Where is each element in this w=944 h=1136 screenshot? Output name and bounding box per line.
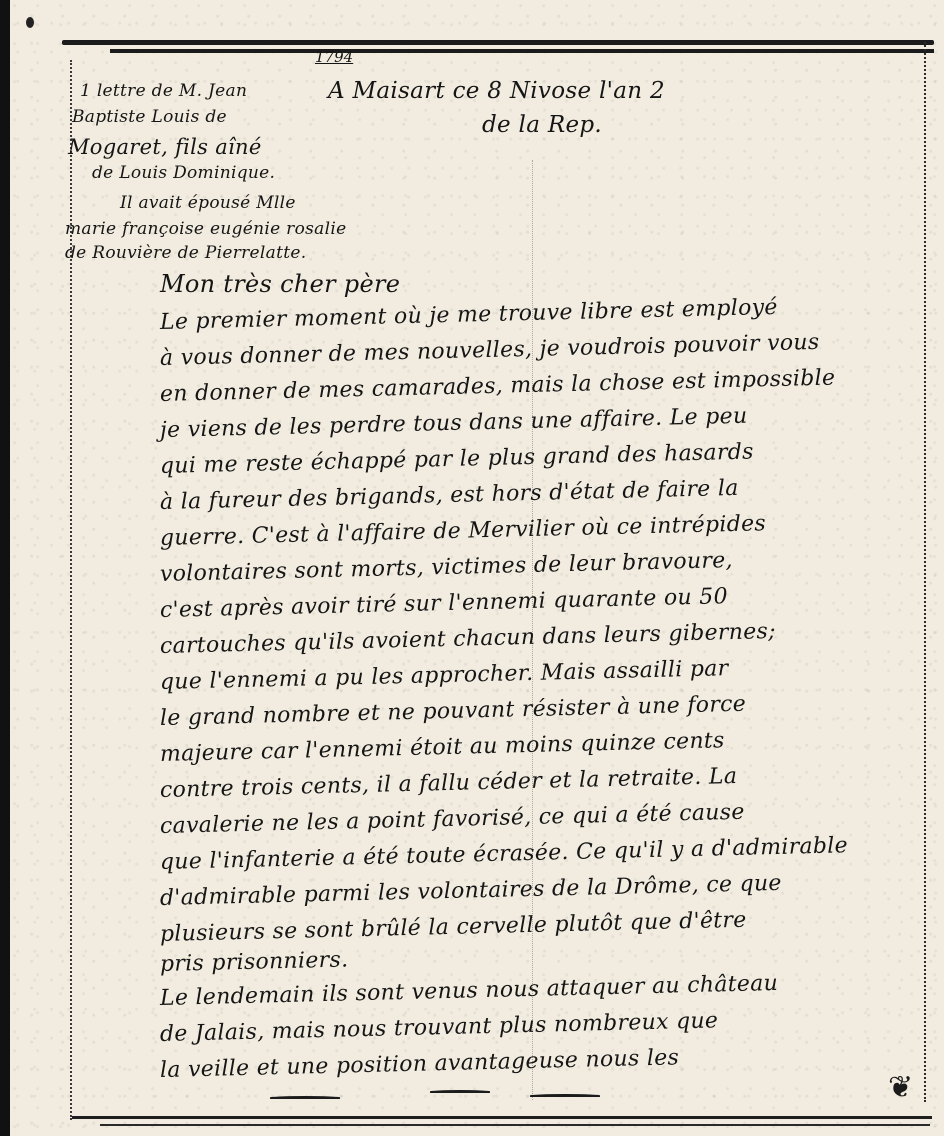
body-line: que l'infanterie a été toute écrasée. Ce… [160,833,849,875]
body-line: pris prisonniers. [160,947,349,977]
body-line: guerre. C'est à l'affaire de Mervilier o… [160,511,767,551]
salutation: Mon très cher père [160,270,400,298]
body-line: d'admirable parmi les volontaires de la … [160,871,782,911]
margin-note-line: marie françoise eugénie rosalie [65,216,346,242]
margin-note-line: 1 lettre de M. Jean [80,78,247,104]
body-line: la veille et une position avantageuse no… [160,1045,680,1083]
margin-note-line: de Rouvière de Pierrelatte. [65,240,306,266]
body-line: de Jalais, mais nous trouvant plus nombr… [160,1008,719,1047]
page-border-top-inner [110,49,934,53]
letter-place-date-continued: de la Rep. [482,112,602,138]
page-border-right [924,42,929,1102]
body-line: à vous donner de mes nouvelles, je voudr… [160,330,820,371]
margin-note-line: Mogaret, fils aîné [68,134,262,160]
body-line: à la fureur des brigands, est hors d'éta… [160,476,739,515]
corner-ornament-icon: ❦ [888,1070,913,1105]
decorative-flourish [430,1090,490,1093]
scan-edge [0,0,10,1136]
page-border-bottom-inner [100,1124,930,1126]
year-mark: 1794 [315,48,353,66]
body-line: plusieurs se sont brûlé la cervelle plut… [160,908,747,947]
decorative-flourish [530,1094,600,1097]
body-line: volontaires sont morts, victimes de leur… [160,548,733,587]
body-line: Le lendemain ils sont venus nous attaque… [160,971,779,1011]
body-line: cavalerie ne les a point favorisé, ce qu… [160,800,745,839]
body-line: que l'ennemi a pu les approcher. Mais as… [160,656,729,695]
page-border-top [62,40,934,45]
letter-page: 1794 1 lettre de M. Jean Baptiste Louis … [10,0,944,1136]
margin-note-line: de Louis Dominique. [92,160,275,186]
body-line: cartouches qu'ils avoient chacun dans le… [160,619,776,659]
margin-note-line: Baptiste Louis de [72,104,227,130]
body-line: contre trois cents, il a fallu céder et … [160,764,738,803]
body-line: Le premier moment où je me trouve libre … [160,295,778,335]
ink-blot [26,17,34,28]
body-line: majeure car l'ennemi étoit au moins quin… [160,728,725,767]
page-border-bottom [72,1116,932,1119]
body-line: le grand nombre et ne pouvant résister à… [160,692,747,731]
body-line: qui me reste échappé par le plus grand d… [160,439,754,479]
letter-place-date: A Maisart ce 8 Nivose l'an 2 [328,78,665,104]
body-line: je viens de les perdre tous dans une aff… [160,404,748,443]
body-line: en donner de mes camarades, mais la chos… [160,366,836,407]
decorative-flourish [270,1096,340,1099]
body-line: c'est après avoir tiré sur l'ennemi quar… [160,584,728,623]
margin-note-line: Il avait épousé Mlle [120,190,296,216]
